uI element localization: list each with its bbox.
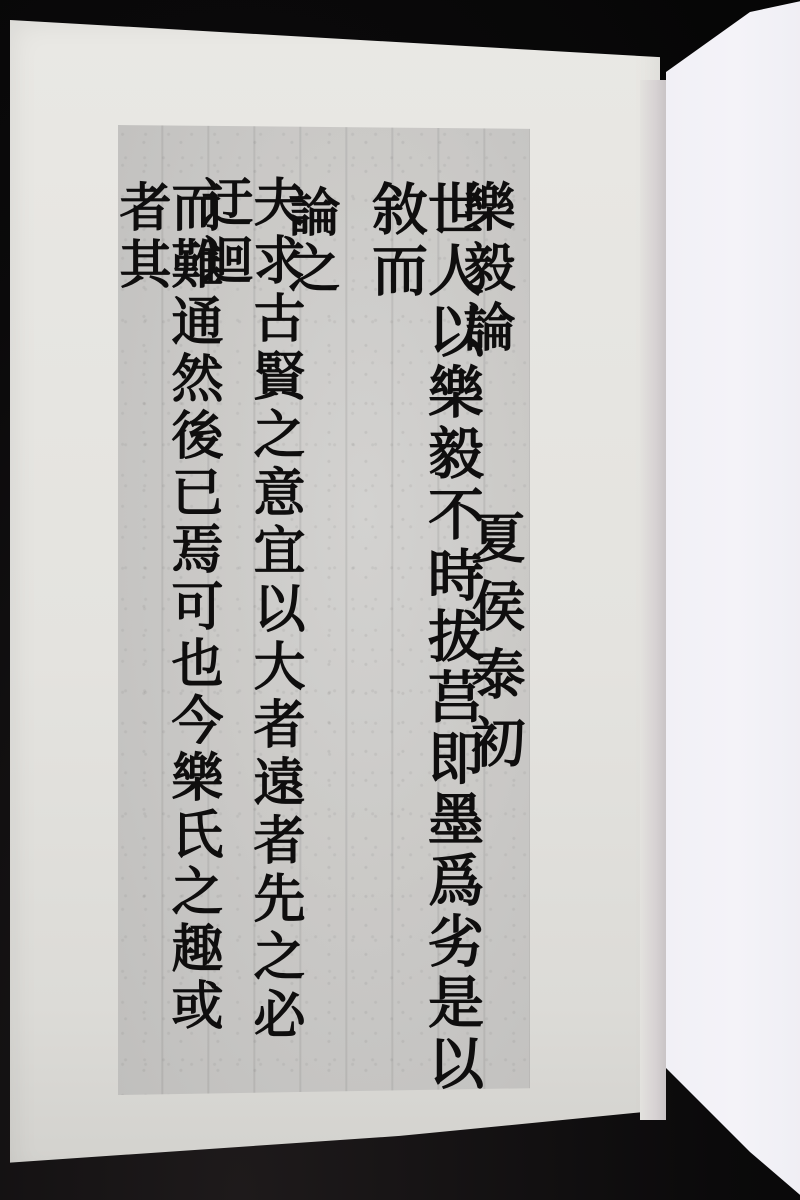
book-photo: 樂毅論 夏侯泰初 世人以樂毅不時拔莒即墨爲劣是以敘而 論之 夫求古賢之意宜以大者… bbox=[0, 0, 800, 1200]
book-gutter bbox=[640, 80, 666, 1120]
right-page-curl bbox=[666, 0, 800, 1200]
calligraphy-column-4: 而難通然後已焉可也今樂氏之趣或 者其 bbox=[114, 180, 218, 1095]
calligraphy-plate: 樂毅論 夏侯泰初 世人以樂毅不時拔莒即墨爲劣是以敘而 論之 夫求古賢之意宜以大者… bbox=[118, 125, 530, 1095]
calligraphy-column-1: 世人以樂毅不時拔莒即墨爲劣是以敘而 bbox=[368, 180, 480, 1095]
